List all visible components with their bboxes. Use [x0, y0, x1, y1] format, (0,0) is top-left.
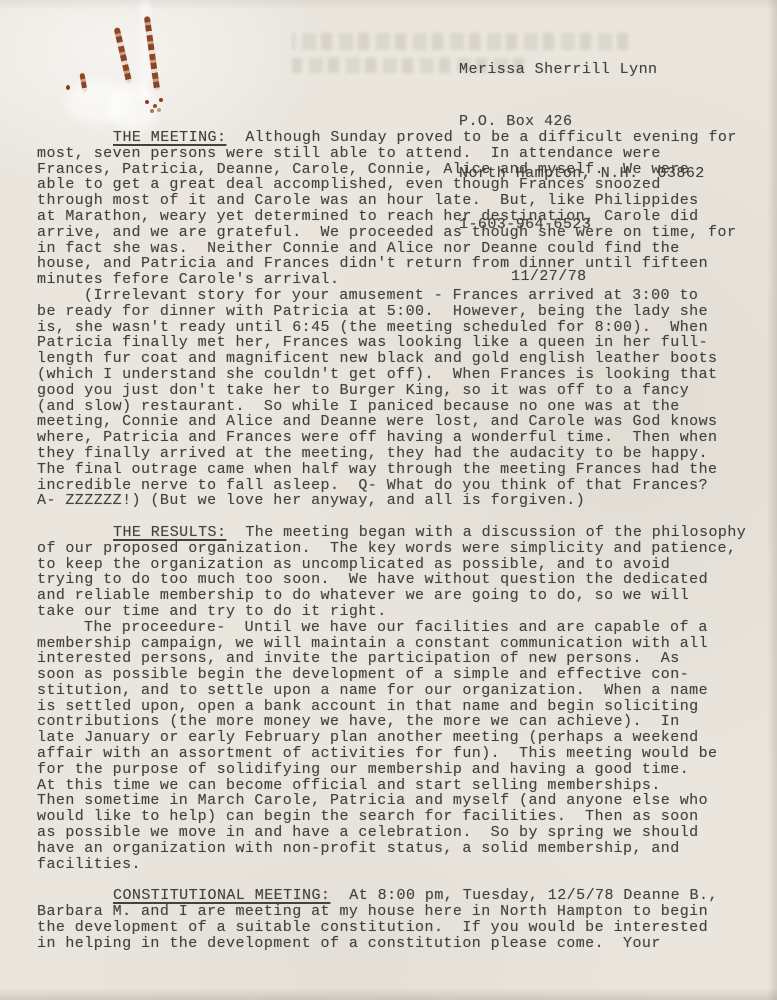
letter-page: Merissa Sherrill Lynn P.O. Box 426 North… [0, 0, 777, 1000]
paper-water-mark [108, 84, 158, 132]
section-the-meeting: THE MEETING: Although Sunday proved to b… [37, 130, 767, 288]
rust-stain [66, 85, 70, 90]
section-the-results: THE RESULTS: The meeting began with a di… [37, 525, 767, 620]
paragraph-text-procedure: The proceedure- Until we have our facili… [37, 619, 718, 873]
section-constitutional-meeting: CONSTITUTIONAL MEETING: At 8:00 pm, Tues… [37, 888, 767, 951]
rust-stain [145, 100, 149, 104]
section-text-the-meeting: Although Sunday proved to be a difficult… [37, 129, 737, 288]
letter-body: THE MEETING: Although Sunday proved to b… [37, 130, 767, 951]
section-heading-the-meeting: THE MEETING: [113, 129, 226, 146]
paragraph-text-irrelevant-story: (Irrelevant story for your amusement - F… [37, 287, 718, 509]
section-heading-constitutional-meeting: CONSTITUTIONAL MEETING: [113, 887, 330, 904]
rust-stain [114, 27, 133, 84]
paragraph-procedure: The proceedure- Until we have our facili… [37, 620, 767, 873]
paragraph-irrelevant-story: (Irrelevant story for your amusement - F… [37, 288, 767, 509]
sender-po-box: P.O. Box 426 [459, 113, 705, 130]
sender-name: Merissa Sherrill Lynn [459, 61, 705, 78]
section-heading-the-results: THE RESULTS: [113, 524, 226, 541]
